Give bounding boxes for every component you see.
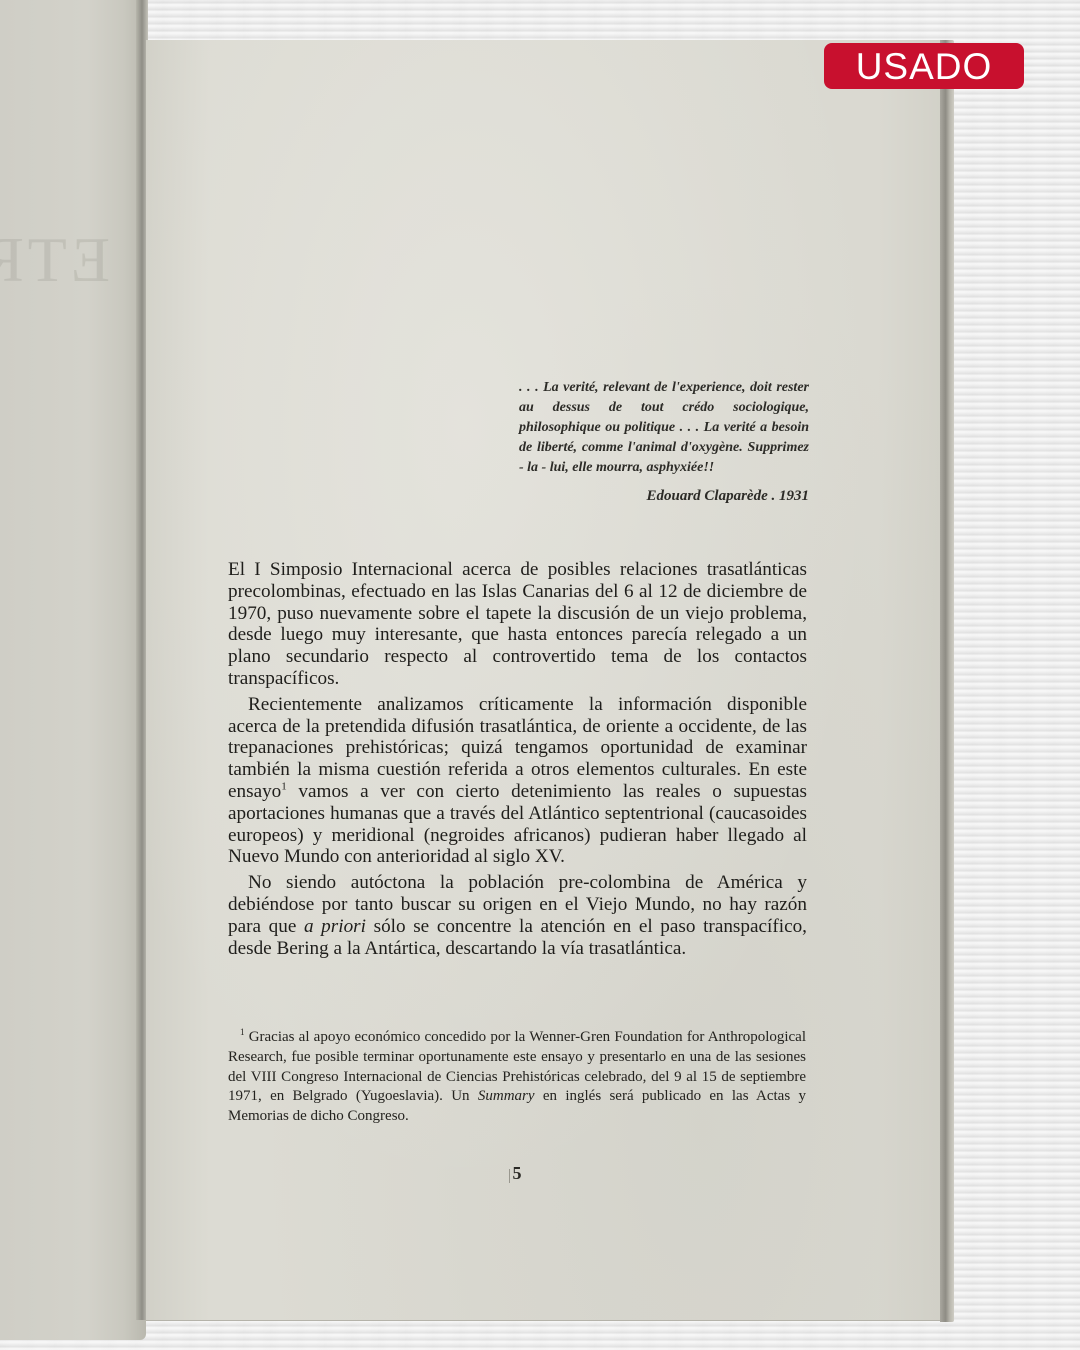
paragraph-1: El I Simposio Internacional acerca de po… xyxy=(228,559,807,690)
footnote: 1 Gracias al apoyo económico concedido p… xyxy=(228,1023,806,1127)
page-stack-edge xyxy=(940,40,954,1322)
paragraph-3-italic: a priori xyxy=(304,916,366,937)
paragraph-3: No siendo autóctona la población pre-col… xyxy=(228,872,807,959)
epigraph-quote: . . . La verité, relevant de l'experienc… xyxy=(519,378,809,478)
paragraph-2: Recientemente analizamos críticamente la… xyxy=(228,694,807,868)
epigraph: . . . La verité, relevant de l'experienc… xyxy=(519,378,809,506)
epigraph-attribution: Edouard Claparède . 1931 xyxy=(519,486,809,506)
footnote-marker: 1 xyxy=(240,1027,245,1037)
footnote-text: 1 Gracias al apoyo económico concedido p… xyxy=(228,1023,806,1127)
left-page: ETRO BO xyxy=(0,0,146,1340)
footnote-italic: Summary xyxy=(478,1088,535,1104)
body-text: El I Simposio Internacional acerca de po… xyxy=(228,559,807,963)
page-number: 5 xyxy=(509,1163,525,1184)
used-condition-badge: USADO xyxy=(824,43,1024,89)
paragraph-2-text-b: vamos a ver con cierto detenimiento las … xyxy=(228,781,807,867)
bleed-through-text: ETRO BO xyxy=(0,230,110,350)
